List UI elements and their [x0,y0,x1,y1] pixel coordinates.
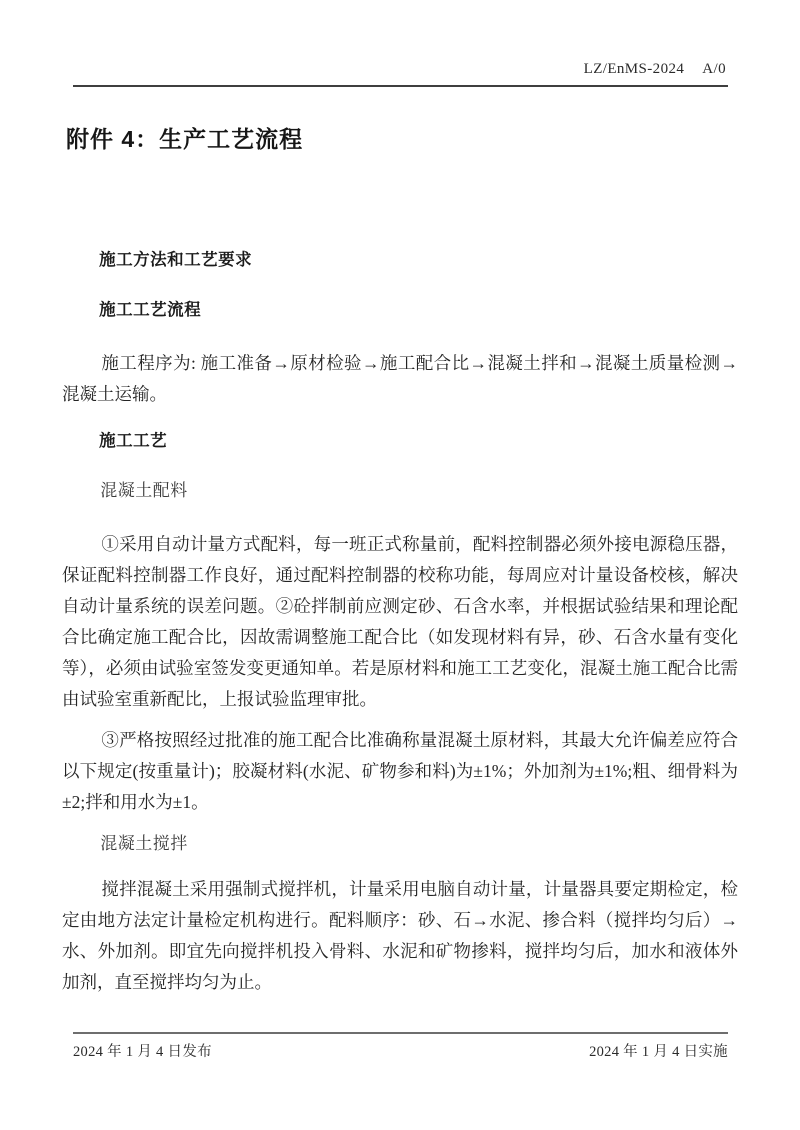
document-page: LZ/EnMS-2024A/0 附件 4：生产工艺流程 施工方法和工艺要求 施工… [0,0,800,1130]
section-heading-flow: 施工工艺流程 [62,298,738,322]
section-heading-method: 施工方法和工艺要求 [62,248,738,272]
paragraph-batching-1: ①采用自动计量方式配料，每一班正式称量前，配料控制器必须外接电源稳压器，保证配料… [62,529,738,715]
document-body: 施工方法和工艺要求 施工工艺流程 施工程序为: 施工准备→原材检验→施工配合比→… [62,240,738,998]
doc-code: LZ/EnMS-2024 [584,61,685,77]
subheading-batching: 混凝土配料 [62,479,738,503]
paragraph-batching-2: ③严格按照经过批准的施工配合比准确称量混凝土原材料，其最大允许偏差应符合以下规定… [62,725,738,818]
footer-date-effective: 2024 年 1 月 4 日实施 [589,1040,728,1061]
page-title: 附件 4：生产工艺流程 [66,121,303,154]
paragraph-mixing: 搅拌混凝土采用强制式搅拌机，计量采用电脑自动计量，计量器具要定期检定，检定由地方… [62,874,738,998]
doc-revision: A/0 [702,61,726,77]
paragraph-procedure: 施工程序为: 施工准备→原材检验→施工配合比→混凝土拌和→混凝土质量检测→混凝土… [62,348,738,410]
footer-rule [73,1032,728,1034]
section-heading-craft: 施工工艺 [62,429,738,453]
page-footer: 2024 年 1 月 4 日发布 2024 年 1 月 4 日实施 [73,1040,728,1061]
subheading-mixing: 混凝土搅拌 [62,832,738,856]
header-rule [73,85,728,87]
page-header: LZ/EnMS-2024A/0 [584,61,726,78]
footer-date-issued: 2024 年 1 月 4 日发布 [73,1040,212,1061]
